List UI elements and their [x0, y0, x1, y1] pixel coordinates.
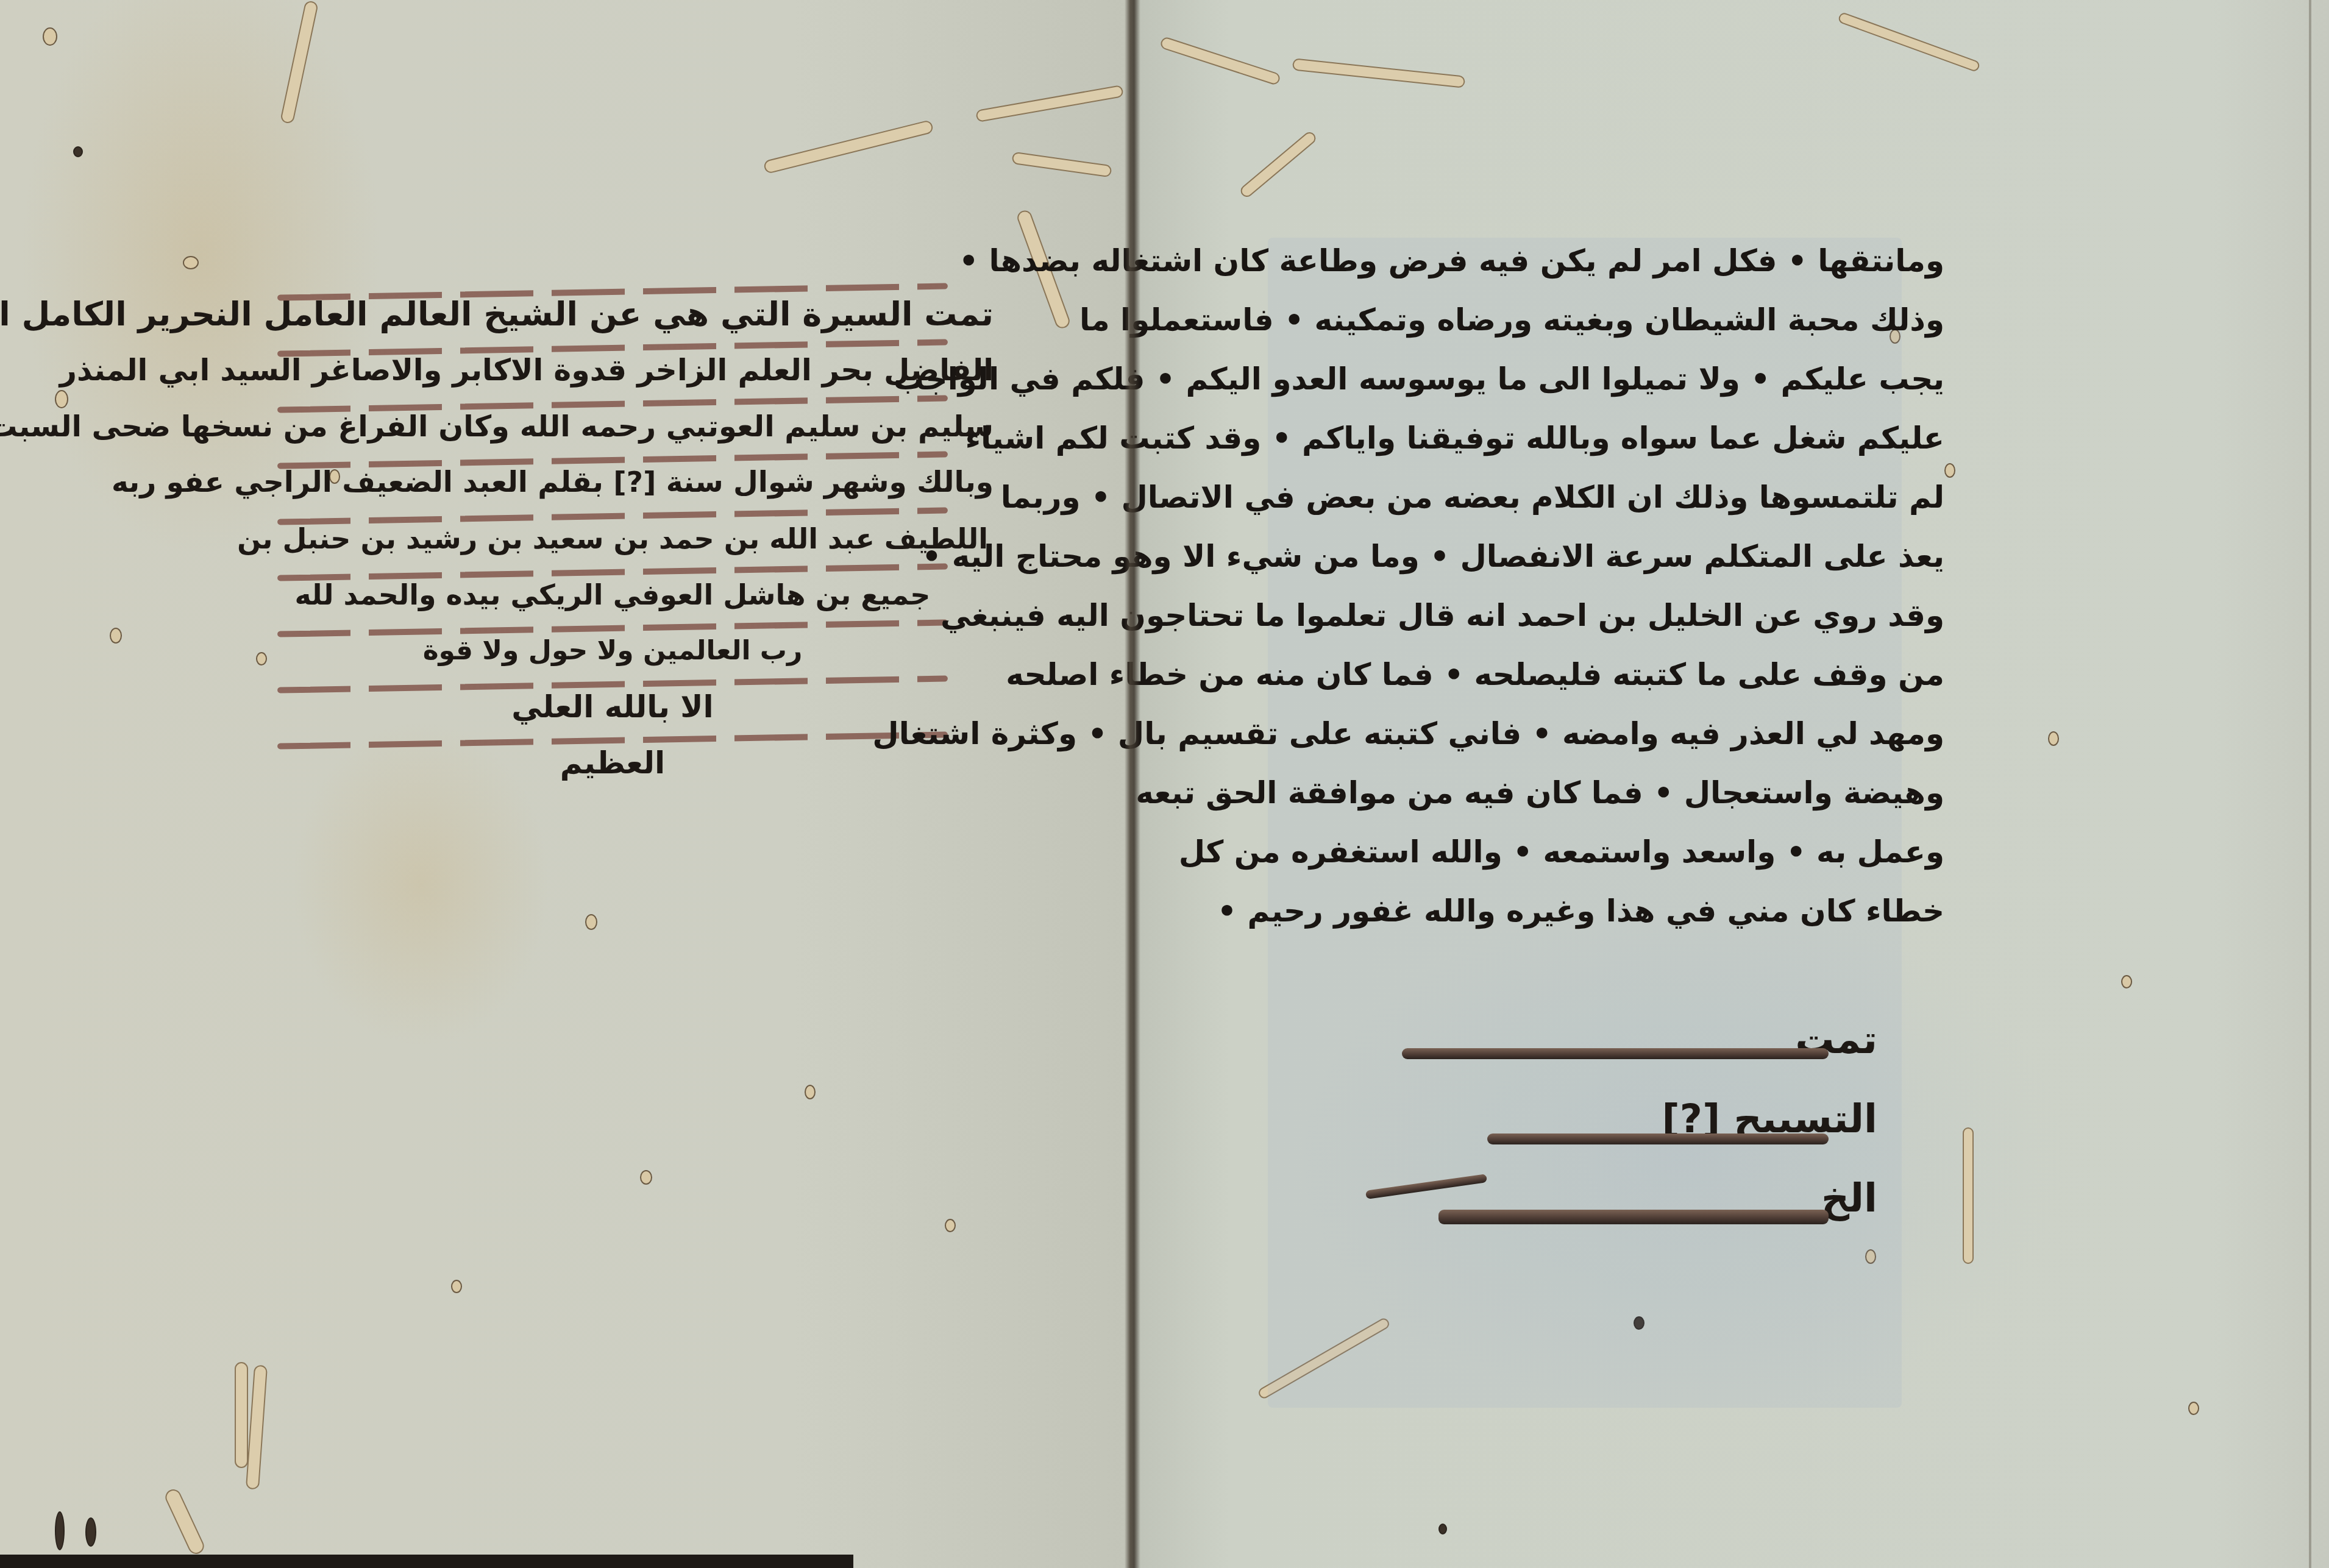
worm-hole	[43, 27, 57, 46]
worm-hole	[85, 1517, 96, 1547]
worm-tunnel	[975, 85, 1124, 122]
ending-stroke	[1438, 1210, 1829, 1224]
text-line: عليكم شغل عما سواه وبالله توفيقنا واياكم…	[1274, 409, 1944, 468]
worm-hole	[55, 1511, 65, 1550]
worm-hole	[2188, 1402, 2199, 1415]
worm-hole	[2048, 731, 2059, 746]
worm-tunnel	[163, 1487, 207, 1556]
worm-tunnel	[1963, 1127, 1974, 1264]
ending-stroke	[1487, 1133, 1829, 1144]
worm-hole	[2121, 975, 2132, 988]
text-line: خطاء كان مني في هذا وغيره والله غفور رحي…	[1274, 882, 1944, 941]
worm-hole	[110, 628, 122, 644]
text-line: وعمل به • واسعد واستمعه • والله استغفره …	[1274, 823, 1944, 882]
text-line: وهيضة واستعجال • فما كان فيه من موافقة ا…	[1274, 764, 1944, 823]
worm-hole	[73, 146, 83, 157]
text-line: وذلك محبة الشيطان وبغيته ورضاه وتمكينه •…	[1274, 291, 1944, 350]
text-line: وقد روي عن الخليل بن احمد انه قال تعلموا…	[1274, 586, 1944, 645]
worm-hole	[805, 1085, 816, 1099]
colophon-line: اللطيف عبد الله بن حمد بن سعيد بن رشيد ب…	[232, 511, 994, 567]
worm-tunnel	[280, 0, 319, 124]
worm-hole	[585, 914, 597, 930]
worm-hole	[451, 1280, 462, 1293]
colophon-line: تمت السيرة التي هي عن الشيخ العالم العام…	[232, 286, 994, 342]
colophon-line: الفاضل بحر العلم الزاخر قدوة الاكابر وال…	[232, 342, 994, 399]
colophon-line: جميع بن هاشل العوفي الريكي بيده والحمد ل…	[232, 567, 994, 623]
worm-hole	[640, 1170, 652, 1185]
worm-tunnel	[1837, 12, 1980, 73]
colophon-line: سليم بن سليم العوتبي رحمه الله وكان الفر…	[232, 399, 994, 455]
worm-tunnel	[246, 1364, 268, 1489]
ending-row: تمت	[1329, 1012, 1877, 1091]
page-edge	[2309, 0, 2311, 1568]
worm-tunnel	[235, 1362, 248, 1468]
worm-hole	[183, 256, 199, 269]
worm-hole	[1438, 1524, 1447, 1534]
manuscript-spread: تمت السيرة التي هي عن الشيخ العالم العام…	[0, 0, 2329, 1568]
worm-tunnel	[1239, 130, 1318, 199]
ending-word: الخ	[1821, 1176, 1877, 1221]
bottom-edge-shadow	[0, 1555, 853, 1568]
worm-hole	[1944, 463, 1955, 478]
text-line: لم تلتمسوها وذلك ان الكلام بعضه من بعض ف…	[1274, 468, 1944, 527]
colophon-line: وبالك وشهر شوال سنة [?] بقلم العبد الضعي…	[232, 455, 994, 511]
ending-stroke	[1402, 1048, 1829, 1059]
worm-hole	[945, 1219, 956, 1232]
ending-row: التسبيح [?]	[1329, 1091, 1877, 1170]
text-line: يعذ على المتكلم سرعة الانفصال • وما من ش…	[1274, 527, 1944, 586]
colophon-line: رب العالمين ولا حول ولا قوة	[232, 623, 994, 679]
main-text-block: ومانتقها • فكل امر لم يكن فيه فرض وطاعة …	[1274, 232, 1944, 941]
ending-row: الخ	[1329, 1170, 1877, 1249]
text-line: من وقف على ما كتبته فليصلحه • فما كان من…	[1274, 645, 1944, 704]
worm-tunnel	[763, 119, 934, 174]
worm-tunnel	[1292, 58, 1466, 88]
ending-flourish: تمت التسبيح [?] الخ	[1329, 1012, 1877, 1249]
text-line: ومهد لي العذر فيه وامضه • فاني كتبته على…	[1274, 704, 1944, 764]
worm-tunnel	[1011, 152, 1112, 178]
text-line: يجب عليكم • ولا تميلوا الى ما يوسوسه الع…	[1274, 350, 1944, 409]
text-line: ومانتقها • فكل امر لم يكن فيه فرض وطاعة …	[1274, 232, 1944, 291]
binding-gutter	[1125, 0, 1140, 1568]
worm-tunnel	[1159, 36, 1281, 86]
ending-stroke	[1365, 1174, 1487, 1199]
